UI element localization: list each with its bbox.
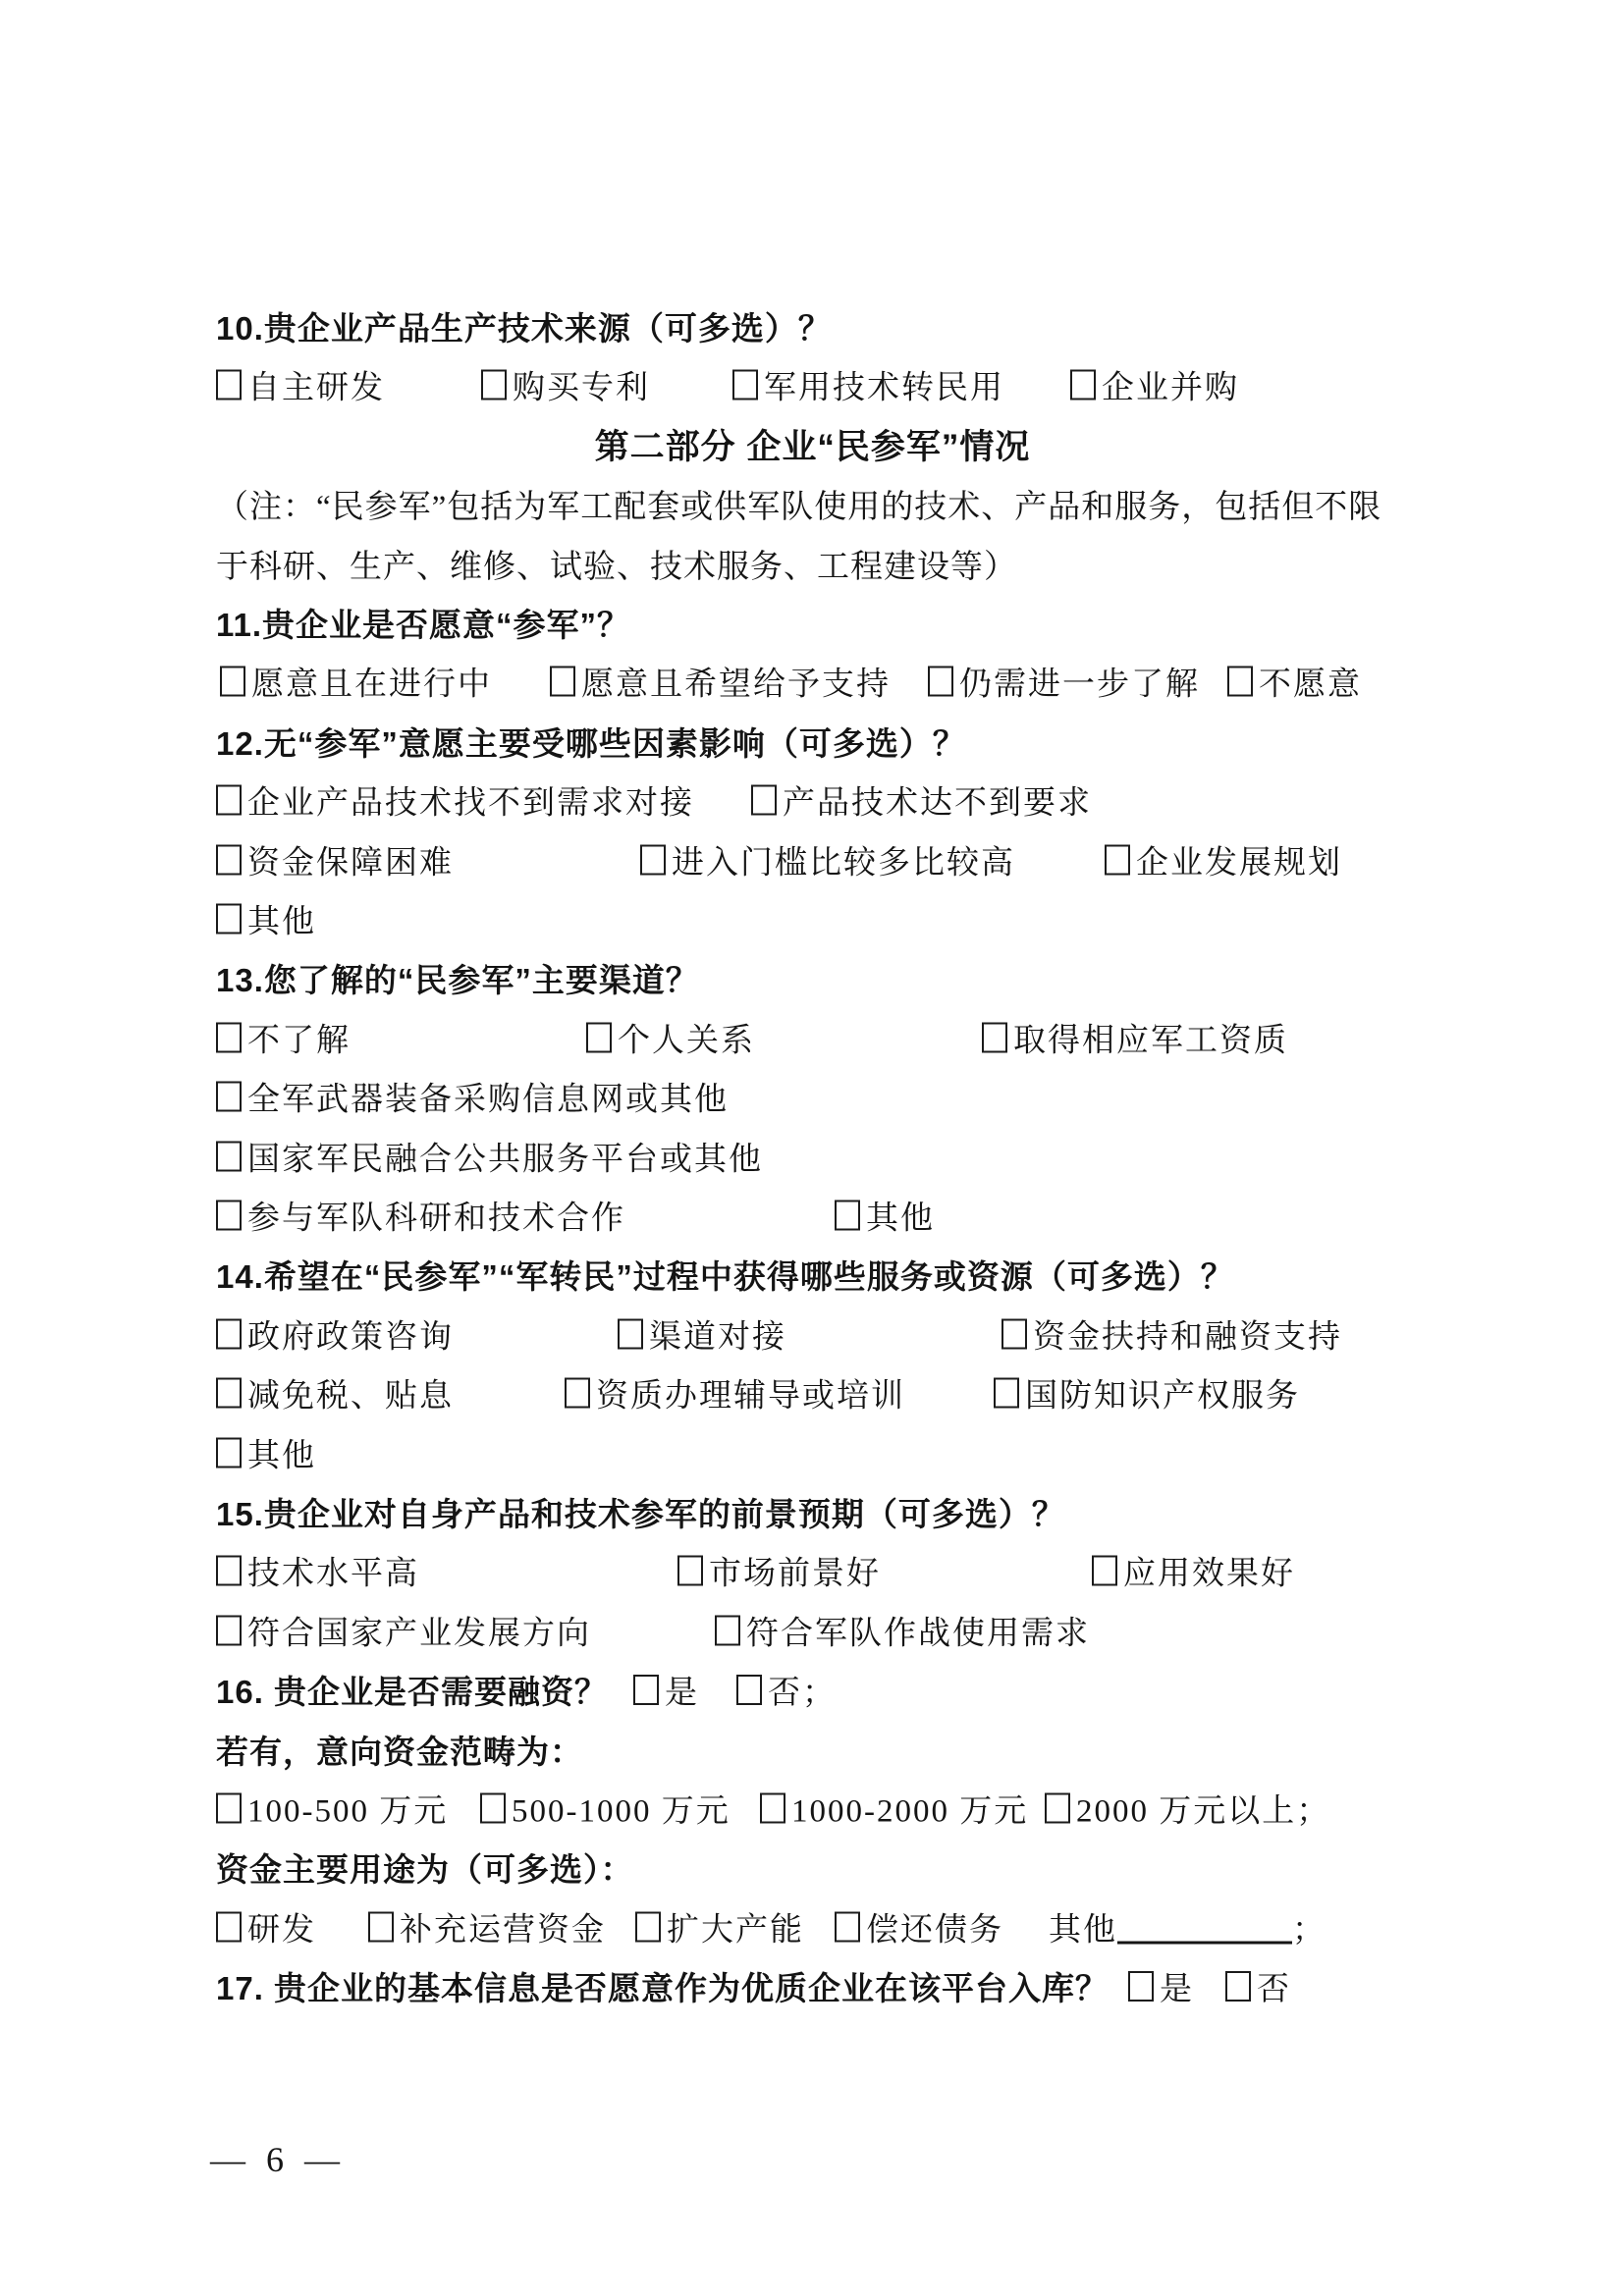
checkbox-icon[interactable] [640,845,666,876]
q14-option-3[interactable]: 资金扶持和融资支持 [1001,1311,1342,1358]
q14-option-1[interactable]: 政府政策咨询 [216,1311,454,1358]
q16-range-option-2-label: 500-1000 万元 [512,1786,731,1832]
checkbox-icon[interactable] [994,1378,1019,1409]
q16-range-option-4-label: 2000 万元以上； [1076,1786,1330,1832]
checkbox-icon[interactable] [1045,1793,1070,1824]
q11-option-3-label: 仍需进一步了解 [959,659,1200,705]
checkbox-icon[interactable] [1105,845,1130,876]
q11-option-3[interactable]: 仍需进一步了解 [928,659,1200,705]
checkbox-icon[interactable] [216,1319,242,1350]
q14-option-7[interactable]: 其他 [216,1430,316,1476]
q11-option-1[interactable]: 愿意且在进行中 [220,659,492,705]
q13-option-4-label: 全军武器装备采购信息网或其他 [247,1074,729,1120]
checkbox-icon[interactable] [550,667,575,697]
q15-option-2-label: 市场前景好 [709,1548,881,1594]
q12-options-row3: 其他 [216,897,1409,940]
checkbox-icon[interactable] [736,1675,762,1705]
q11-option-4-label: 不愿意 [1259,659,1362,705]
q16-range-option-3[interactable]: 1000-2000 万元 [760,1786,1028,1832]
checkbox-icon[interactable] [635,1912,661,1943]
q15-option-1-label: 技术水平高 [247,1548,419,1594]
q16-use-options-row: 研发 补充运营资金 扩大产能 偿还债务 其他 ； [216,1905,1409,1949]
checkbox-icon[interactable] [480,1793,506,1824]
q13-option-5[interactable]: 国家军民融合公共服务平台或其他 [216,1134,763,1180]
page-content: 10.贵企业产品生产技术来源（可多选）？ 自主研发 购买专利 军用技术转民用 企… [216,0,1409,2296]
checkbox-icon[interactable] [481,370,507,400]
checkbox-icon[interactable] [835,1912,860,1943]
q13-option-2[interactable]: 个人关系 [586,1015,755,1061]
q16-row: 16. 贵企业是否需要融资？ 是 否； [216,1668,1409,1711]
q12-option-4-label: 进入门槛比较多比较高 [672,837,1015,883]
page-number: — 6 — [210,2138,346,2181]
checkbox-icon[interactable] [216,1142,242,1172]
q13-option-1-label: 不了解 [247,1015,351,1061]
checkbox-icon[interactable] [220,667,245,697]
q17-option-no[interactable]: 否 [1225,1963,1291,2009]
q16-use-other-label: 其他 [1049,1904,1117,1950]
checkbox-icon[interactable] [732,370,758,400]
q12-option-4[interactable]: 进入门槛比较多比较高 [640,837,1015,883]
q16-range-option-1-label: 100-500 万元 [247,1786,448,1832]
checkbox-icon[interactable] [982,1023,1007,1053]
q11-option-4[interactable]: 不愿意 [1227,659,1362,705]
q14-option-3-label: 资金扶持和融资支持 [1033,1311,1342,1358]
q11-option-2-label: 愿意且希望给予支持 [581,659,891,705]
q13-option-4[interactable]: 全军武器装备采购信息网或其他 [216,1074,729,1120]
q14-option-2[interactable]: 渠道对接 [618,1311,786,1358]
q15-options-row2: 符合国家产业发展方向 符合军队作战使用需求 [216,1609,1409,1652]
q15-option-5-label: 符合军队作战使用需求 [746,1608,1090,1654]
q14-option-1-label: 政府政策咨询 [247,1311,454,1358]
q14-option-5-label: 资质办理辅导或培训 [596,1370,905,1416]
checkbox-icon[interactable] [216,785,242,816]
q13-options-row4: 参与军队科研和技术合作 其他 [216,1194,1409,1237]
checkbox-icon[interactable] [633,1675,659,1705]
q16-use-option-1-label: 研发 [247,1904,316,1950]
q14-option-2-label: 渠道对接 [649,1311,786,1358]
q17-option-no-label: 否 [1257,1963,1291,2009]
q17-row: 17. 贵企业的基本信息是否愿意作为优质企业在该平台入库？ 是 否 [216,1964,1409,2007]
q17-option-yes[interactable]: 是 [1128,1963,1194,2009]
checkbox-icon[interactable] [216,1023,242,1053]
q14-option-7-label: 其他 [247,1430,316,1476]
q13-options-row1: 不了解 个人关系 取得相应军工资质 [216,1016,1409,1059]
q12-option-5[interactable]: 企业发展规划 [1105,837,1342,883]
checkbox-icon[interactable] [216,1378,242,1409]
q14-options-row1: 政府政策咨询 渠道对接 资金扶持和融资支持 [216,1312,1409,1356]
q16-range-option-4[interactable]: 2000 万元以上； [1045,1786,1330,1832]
q12-option-6-label: 其他 [247,896,316,942]
q10-option-2[interactable]: 购买专利 [481,362,650,408]
q12-option-3-label: 资金保障困难 [247,837,454,883]
q12-heading: 12.无“参军”意愿主要受哪些因素影响（可多选）？ [216,720,1409,763]
q13-option-1[interactable]: 不了解 [216,1015,351,1061]
q15-option-3-label: 应用效果好 [1123,1548,1295,1594]
checkbox-icon[interactable] [1092,1556,1117,1586]
part2-note-line2: 于科研、生产、维修、试验、技术服务、工程建设等） [216,542,1409,585]
checkbox-icon[interactable] [1001,1319,1027,1350]
q16-use-option-1[interactable]: 研发 [216,1904,316,1950]
checkbox-icon[interactable] [216,370,242,400]
q10-option-3[interactable]: 军用技术转民用 [732,362,1004,408]
part2-title: 第二部分 企业“民参军”情况 [216,423,1409,466]
q15-option-5[interactable]: 符合军队作战使用需求 [715,1608,1090,1654]
q16-option-yes-label: 是 [665,1667,699,1713]
checkbox-icon[interactable] [368,1912,394,1943]
q10-option-3-label: 军用技术转民用 [764,362,1004,408]
q13-option-7[interactable]: 其他 [835,1193,935,1239]
q13-options-row3: 国家军民融合公共服务平台或其他 [216,1135,1409,1178]
q11-options-row: 愿意且在进行中 愿意且希望给予支持 仍需进一步了解 不愿意 [216,660,1409,703]
q14-option-6[interactable]: 国防知识产权服务 [994,1370,1300,1416]
q15-option-2[interactable]: 市场前景好 [677,1548,881,1594]
q16-use-tail: ； [1292,1904,1326,1950]
checkbox-icon[interactable] [1227,667,1253,697]
q13-option-3[interactable]: 取得相应军工资质 [982,1015,1288,1061]
q16-use-option-2[interactable]: 补充运营资金 [368,1904,606,1950]
checkbox-icon[interactable] [760,1793,785,1824]
checkbox-icon[interactable] [1128,1971,1154,2002]
other-fill-blank[interactable] [1117,1910,1292,1944]
q12-option-6[interactable]: 其他 [216,896,316,942]
q15-option-4[interactable]: 符合国家产业发展方向 [216,1608,591,1654]
q12-option-2-label: 产品技术达不到要求 [783,777,1092,824]
q14-options-row3: 其他 [216,1431,1409,1474]
q12-option-5-label: 企业发展规划 [1136,837,1342,883]
q16-use-option-4[interactable]: 偿还债务 [835,1904,1003,1950]
q16-range-option-3-label: 1000-2000 万元 [791,1786,1028,1832]
checkbox-icon[interactable] [715,1616,740,1646]
checkbox-icon[interactable] [928,667,953,697]
q13-option-6[interactable]: 参与军队科研和技术合作 [216,1193,625,1239]
q13-option-6-label: 参与军队科研和技术合作 [247,1193,625,1239]
q10-option-1-label: 自主研发 [247,362,385,408]
q16-sub1-heading: 若有，意向资金范畴为： [216,1728,1409,1771]
q10-option-4[interactable]: 企业并购 [1070,362,1239,408]
checkbox-icon[interactable] [216,1082,242,1112]
q13-option-2-label: 个人关系 [618,1015,755,1061]
q12-option-2[interactable]: 产品技术达不到要求 [751,777,1092,824]
q14-option-4[interactable]: 减免税、贴息 [216,1370,454,1416]
q15-option-4-label: 符合国家产业发展方向 [247,1608,591,1654]
q14-heading: 14.希望在“民参军”“军转民”过程中获得哪些服务或资源（可多选）？ [216,1253,1409,1296]
checkbox-icon[interactable] [216,1616,242,1646]
q10-options-row: 自主研发 购买专利 军用技术转民用 企业并购 [216,363,1409,406]
part2-note-line1: （注：“民参军”包括为军工配套或供军队使用的技术、产品和服务，包括但不限 [216,482,1409,525]
checkbox-icon[interactable] [586,1023,612,1053]
q16-range-options-row: 100-500 万元 500-1000 万元 1000-2000 万元 2000… [216,1787,1409,1830]
q10-heading: 10.贵企业产品生产技术来源（可多选）？ [216,304,1409,347]
q15-options-row1: 技术水平高 市场前景好 应用效果好 [216,1549,1409,1592]
q13-options-row2: 全军武器装备采购信息网或其他 [216,1075,1409,1118]
q14-option-5[interactable]: 资质办理辅导或培训 [565,1370,905,1416]
q15-option-1[interactable]: 技术水平高 [216,1548,419,1594]
document-page: 10.贵企业产品生产技术来源（可多选）？ 自主研发 购买专利 军用技术转民用 企… [0,0,1624,2296]
q13-option-5-label: 国家军民融合公共服务平台或其他 [247,1134,763,1180]
checkbox-icon[interactable] [565,1378,590,1409]
q16-option-no-label: 否； [768,1667,837,1713]
q10-option-2-label: 购买专利 [513,362,650,408]
q13-option-3-label: 取得相应军工资质 [1013,1015,1288,1061]
q12-options-row1: 企业产品技术找不到需求对接 产品技术达不到要求 [216,778,1409,822]
q16-option-no[interactable]: 否； [736,1667,837,1713]
checkbox-icon[interactable] [216,1793,242,1824]
q11-option-2[interactable]: 愿意且希望给予支持 [550,659,891,705]
checkbox-icon[interactable] [216,1556,242,1586]
q16-range-option-2[interactable]: 500-1000 万元 [480,1786,731,1832]
q14-option-4-label: 减免税、贴息 [247,1370,454,1416]
q14-options-row2: 减免税、贴息 资质办理辅导或培训 国防知识产权服务 [216,1371,1409,1415]
checkbox-icon[interactable] [216,845,242,876]
checkbox-icon[interactable] [751,785,777,816]
q16-use-other: 其他 ； [1049,1904,1326,1950]
checkbox-icon[interactable] [216,904,242,934]
q13-option-7-label: 其他 [866,1193,935,1239]
q16-use-option-3-label: 扩大产能 [667,1904,804,1950]
q12-options-row2: 资金保障困难 进入门槛比较多比较高 企业发展规划 [216,838,1409,881]
checkbox-icon[interactable] [1070,370,1096,400]
q12-option-1-label: 企业产品技术找不到需求对接 [247,777,694,824]
q16-range-option-1[interactable]: 100-500 万元 [216,1786,448,1832]
q16-heading: 16. 贵企业是否需要融资？ [216,1667,608,1713]
checkbox-icon[interactable] [618,1319,643,1350]
q17-heading: 17. 贵企业的基本信息是否愿意作为优质企业在该平台入库？ [216,1963,1109,2009]
q12-option-1[interactable]: 企业产品技术找不到需求对接 [216,777,694,824]
q16-sub2-heading: 资金主要用途为（可多选）： [216,1845,1409,1889]
q17-option-yes-label: 是 [1160,1963,1194,2009]
checkbox-icon[interactable] [216,1912,242,1943]
q13-heading: 13.您了解的“民参军”主要渠道？ [216,956,1409,999]
q16-option-yes[interactable]: 是 [633,1667,699,1713]
checkbox-icon[interactable] [216,1201,242,1231]
checkbox-icon[interactable] [677,1556,703,1586]
q16-use-option-2-label: 补充运营资金 [400,1904,606,1950]
checkbox-icon[interactable] [1225,1971,1251,2002]
q16-use-option-4-label: 偿还债务 [866,1904,1003,1950]
q11-option-1-label: 愿意且在进行中 [251,659,492,705]
q14-option-6-label: 国防知识产权服务 [1025,1370,1300,1416]
q15-heading: 15.贵企业对自身产品和技术参军的前景预期（可多选）？ [216,1490,1409,1533]
q11-heading: 11.贵企业是否愿意“参军”？ [216,601,1409,644]
checkbox-icon[interactable] [835,1201,860,1231]
q15-option-3[interactable]: 应用效果好 [1092,1548,1295,1594]
q10-option-1[interactable]: 自主研发 [216,362,385,408]
q12-option-3[interactable]: 资金保障困难 [216,837,454,883]
q16-use-option-3[interactable]: 扩大产能 [635,1904,804,1950]
q10-option-4-label: 企业并购 [1102,362,1239,408]
checkbox-icon[interactable] [216,1438,242,1468]
